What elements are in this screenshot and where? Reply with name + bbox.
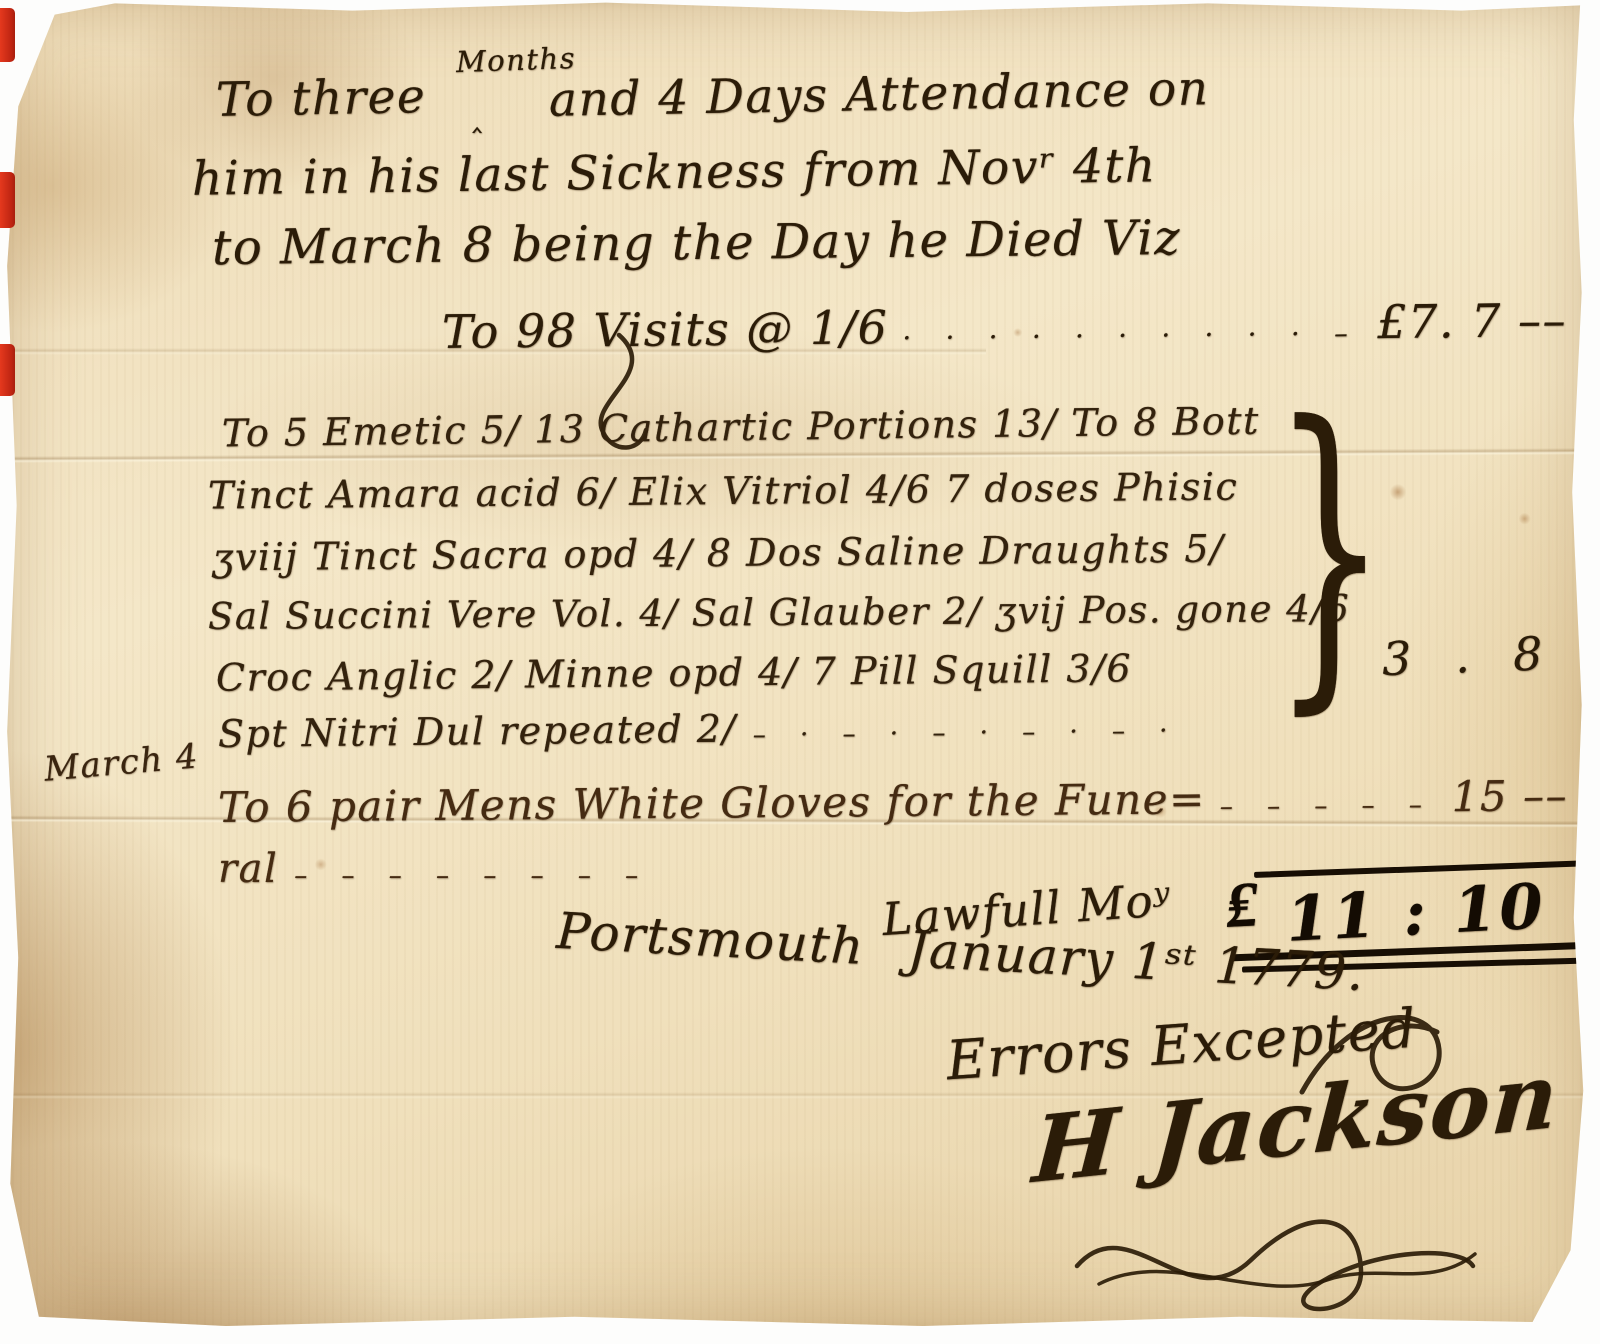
red-edge-mark xyxy=(0,172,15,228)
medicine-line: Spt Nitri Dul repeated 2/ xyxy=(218,708,737,757)
header-line3: to March 8 being the Day he Died Viz xyxy=(212,211,1182,276)
medicine-last-line: Spt Nitri Dul repeated 2/ – · – · – · – … xyxy=(218,703,1178,757)
visits-label: To 98 Visits @ 1/6 xyxy=(442,301,889,359)
margin-date-note: March 4 xyxy=(43,737,201,789)
caret-mark: ‸ xyxy=(472,100,484,135)
gloves-line: To 6 pair Mens White Gloves for the Fune… xyxy=(218,772,1568,832)
gloves-label-2: ral xyxy=(218,846,278,892)
place-name: Portsmouth xyxy=(555,902,866,976)
header-line1-post: and 4 Days Attendance on xyxy=(549,62,1210,128)
leader-dashes: – · – · – · – · – · – · xyxy=(737,717,1179,752)
grouping-brace: } xyxy=(1272,398,1388,702)
red-edge-mark xyxy=(0,8,15,62)
total-currency: ₤ xyxy=(1224,867,1261,942)
leader-dots: · · · · · · · · · · – – – – – xyxy=(888,318,1377,354)
gloves-amount: 15 –– xyxy=(1451,772,1568,821)
medicines-amount: 3 . 8 . 0 xyxy=(1381,623,1600,686)
medicine-line: ʒviij Tinct Sacra opd 4/ 8 Dos Saline Dr… xyxy=(212,528,1225,581)
medicine-line: To 5 Emetic 5/ 13 Cathartic Portions 13/… xyxy=(222,400,1260,456)
leader-dashes: – – – – – – – ;– · xyxy=(1206,792,1452,824)
visits-line: To 98 Visits @ 1/6 · · · · · · · · · · –… xyxy=(442,294,1567,359)
scanned-document: To three Months ‸ and 4 Days Attendance … xyxy=(0,0,1600,1344)
manuscript-paper: To three Months ‸ and 4 Days Attendance … xyxy=(4,0,1588,1330)
header-line1-pre: To three xyxy=(216,70,427,128)
gloves-label: To 6 pair Mens White Gloves for the Fune… xyxy=(218,775,1206,832)
signature-flourish xyxy=(1059,1188,1489,1318)
gloves-line-continuation: ral – – – – – – – – xyxy=(218,846,978,892)
medicine-line: Tinct Amara acid 6/ Elix Vitriol 4/6 7 d… xyxy=(208,466,1239,519)
leader-dashes: – – – – – – – – xyxy=(278,862,978,892)
medicine-line: Croc Anglic 2/ Minne opd 4/ 7 Pill Squil… xyxy=(216,647,1133,700)
medicine-line: Sal Succini Vere Vol. 4/ Sal Glauber 2/ … xyxy=(208,588,1351,639)
visits-amount: £7. 7 –– xyxy=(1377,294,1567,349)
header-line2: him in his last Sickness from Novʳ 4th xyxy=(192,139,1157,207)
red-edge-mark xyxy=(0,344,15,396)
